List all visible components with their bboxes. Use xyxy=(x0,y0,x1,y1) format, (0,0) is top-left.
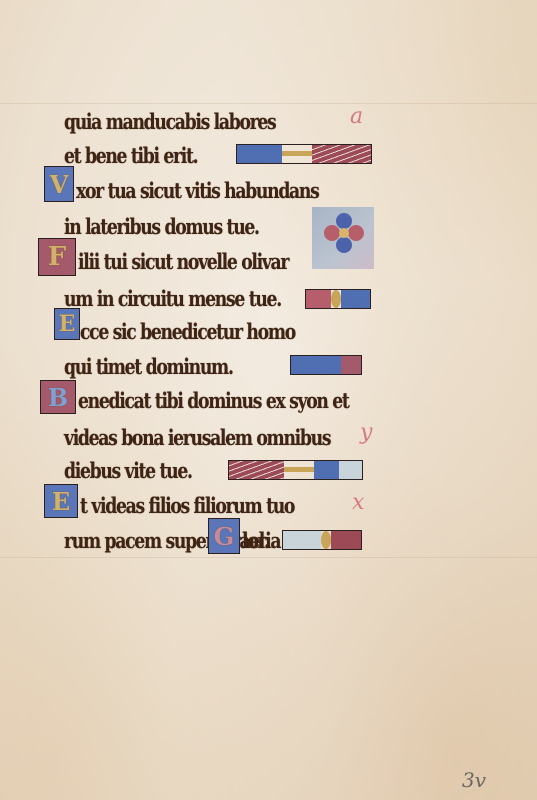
flower-center-icon xyxy=(339,228,349,238)
text-line-3: xor tua sicut vitis habundans xyxy=(76,175,372,205)
decorated-initial-b: B xyxy=(40,380,76,414)
flower-petal-icon xyxy=(324,225,340,241)
decorated-initial-v: V xyxy=(44,166,74,202)
text: quia manducabis labores xyxy=(64,109,275,134)
text: diebus vite tue. xyxy=(64,458,192,483)
text-line-11: diebus vite tue. xyxy=(64,455,220,485)
text-line-4: in lateribus domus tue. xyxy=(64,211,301,241)
margin-mark: x xyxy=(352,490,364,515)
text-line-6: um in circuitu mense tue. xyxy=(64,283,328,313)
text-line-10: videas bona ierusalem omnibus xyxy=(64,422,389,452)
text-line-12: t videas filios filiorum tuo xyxy=(80,490,341,520)
decorated-initial-f: F xyxy=(38,238,76,276)
line-filler xyxy=(236,144,372,164)
flower-petal-icon xyxy=(336,237,352,253)
flower-petal-icon xyxy=(348,225,364,241)
text: loria xyxy=(242,528,280,553)
text: xor tua sicut vitis habundans xyxy=(76,178,319,203)
ruling-line xyxy=(0,557,537,558)
decorated-initial-e: E xyxy=(54,308,80,340)
text-line-8: qui timet dominum. xyxy=(64,351,270,381)
margin-mark: a xyxy=(350,104,363,129)
line-filler xyxy=(282,530,362,550)
text: et bene tibi erit. xyxy=(64,143,197,168)
text: ilii tui sicut novelle olivar xyxy=(78,249,288,274)
text: t videas filios filiorum tuo xyxy=(80,493,294,518)
text: cce sic benedicetur homo xyxy=(80,319,295,344)
text: videas bona ierusalem omnibus xyxy=(64,425,330,450)
text-line-9: enedicat tibi dominus ex syon et xyxy=(78,385,408,415)
text-line-5: ilii tui sicut novelle olivar xyxy=(78,246,334,276)
line-filler xyxy=(228,460,363,480)
text-line-2: et bene tibi erit. xyxy=(64,140,227,170)
text-line-1: quia manducabis labores xyxy=(64,106,322,136)
decorated-initial-g: G xyxy=(208,518,240,554)
manuscript-page: quia manducabis labores a et bene tibi e… xyxy=(0,0,537,800)
folio-number: 3v xyxy=(462,768,486,792)
text: in lateribus domus tue. xyxy=(64,214,259,239)
ruling-line xyxy=(0,103,537,104)
text: qui timet dominum. xyxy=(64,354,233,379)
line-filler xyxy=(305,289,371,309)
text: um in circuitu mense tue. xyxy=(64,286,281,311)
text-line-7: cce sic benedicetur homo xyxy=(80,316,342,346)
decorated-initial-e2: E xyxy=(44,484,78,518)
margin-mark: y xyxy=(360,420,372,445)
text: enedicat tibi dominus ex syon et xyxy=(78,388,349,413)
line-filler xyxy=(290,355,362,375)
